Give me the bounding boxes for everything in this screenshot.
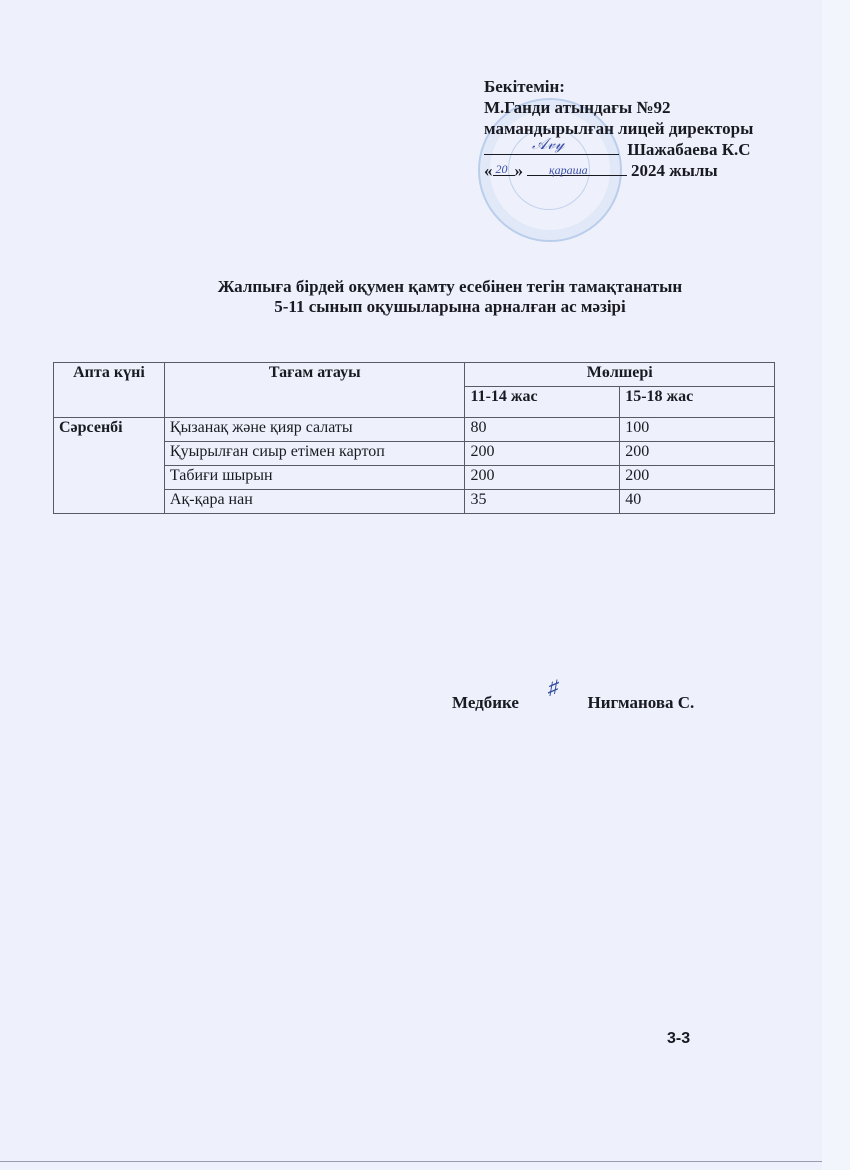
dish-cell: Қуырылған сиыр етімен картоп (164, 442, 465, 466)
amount-11-14: 35 (465, 490, 620, 514)
header-day: Апта күні (54, 363, 165, 418)
date-month: қараша (549, 160, 588, 181)
document-title: Жалпыға бірдей оқумен қамту есебінен тег… (0, 277, 850, 317)
date-day: 20 (496, 159, 508, 180)
header-age-15-18: 15-18 жас (620, 387, 775, 418)
nurse-role: Медбике (452, 693, 519, 712)
director-signature-row: 𝒜𝓋𝓎 Шажабаева К.С (484, 139, 753, 160)
date-year: 2024 жылы (631, 161, 718, 180)
amount-15-18: 200 (620, 442, 775, 466)
director-name: Шажабаева К.С (627, 140, 750, 159)
amount-11-14: 200 (465, 466, 620, 490)
approval-block: Бекітемін: М.Ганди атындағы №92 мамандыр… (484, 76, 753, 181)
director-signature: 𝒜𝓋𝓎 (484, 140, 619, 155)
amount-15-18: 40 (620, 490, 775, 514)
page-number: 3-3 (667, 1030, 690, 1048)
title-line-1: Жалпыға бірдей оқумен қамту есебінен тег… (0, 277, 850, 297)
approval-school: М.Ганди атындағы №92 (484, 97, 753, 118)
dish-cell: Табиғи шырын (164, 466, 465, 490)
approval-position: мамандырылған лицей директоры (484, 118, 753, 139)
amount-11-14: 80 (465, 418, 620, 442)
day-cell: Сәрсенбі (54, 418, 165, 514)
scan-bottom-rule (0, 1161, 822, 1162)
header-dish: Тағам атауы (164, 363, 465, 418)
nurse-signature: ♯ (523, 677, 583, 700)
approval-heading: Бекітемін: (484, 76, 753, 97)
dish-cell: Ақ-қара нан (164, 490, 465, 514)
dish-cell: Қызанақ және қияр салаты (164, 418, 465, 442)
approval-date: «20»қараша2024 жылы (484, 160, 753, 181)
nurse-signature-block: Медбике ♯ Нигманова С. (452, 691, 694, 714)
table-row: Сәрсенбі Қызанақ және қияр салаты 80 100 (54, 418, 775, 442)
amount-11-14: 200 (465, 442, 620, 466)
amount-15-18: 200 (620, 466, 775, 490)
amount-15-18: 100 (620, 418, 775, 442)
header-amount: Мөлшері (465, 363, 775, 387)
title-line-2: 5-11 сынып оқушыларына арналған ас мәзір… (0, 297, 850, 317)
header-age-11-14: 11-14 жас (465, 387, 620, 418)
scan-edge (822, 0, 850, 1170)
nurse-name: Нигманова С. (587, 693, 694, 712)
menu-table: Апта күні Тағам атауы Мөлшері 11-14 жас … (53, 362, 775, 514)
